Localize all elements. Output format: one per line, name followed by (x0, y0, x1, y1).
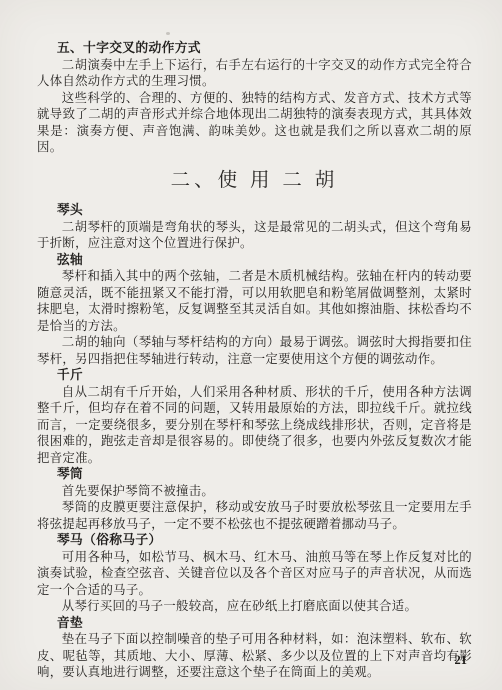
scan-speck (166, 32, 170, 35)
subsection-heading-qianjin: 千斤 (37, 367, 472, 384)
subsection-heading-qintong: 琴筒 (37, 466, 472, 483)
paragraph: 琴筒的皮膜更要注意保护，移动或安放马子时要放松琴弦且一定要用左手将弦提起再移放马… (37, 499, 472, 532)
subsection-heading-qinma: 琴马（俗称马子） (37, 532, 472, 549)
paragraph: 垫在马子下面以控制噪音的垫子可用各种材料，如：泡沫塑料、软布、软皮、呢毡等，其质… (37, 631, 472, 681)
page-content: 五、十字交叉的动作方式 二胡演奏中左手上下运行，右手左右运行的十字交叉的动作方式… (37, 40, 472, 681)
paragraph: 这些科学的、合理的、方便的、独特的结构方式、发音方式、技术方式等就导致了二胡的声… (37, 90, 472, 156)
subsection-heading-yindian: 音垫 (37, 615, 472, 632)
section-heading-cross-motion: 五、十字交叉的动作方式 (37, 40, 472, 57)
paragraph: 可用各种马，如松节马、枫木马、红木马、油煎马等在琴上作反复对比的演奏试验，检查空… (37, 549, 472, 599)
subsection-heading-xianzhou: 弦轴 (37, 252, 472, 269)
book-page: 五、十字交叉的动作方式 二胡演奏中左手上下运行，右手左右运行的十字交叉的动作方式… (0, 0, 502, 690)
chapter-title: 二、使 用 二 胡 (37, 173, 472, 190)
paragraph: 二胡演奏中左手上下运行，右手左右运行的十字交叉的动作方式完全符合人体自然动作方式… (37, 57, 472, 90)
paragraph: 二胡的轴向（琴轴与琴杆结构的方向）最易于调弦。调弦时大拇指要扣住琴杆，另四指把住… (37, 334, 472, 367)
paragraph: 自从二胡有千斤开始，人们采用各种材质、形状的千斤，使用各种方法调整千斤，但均存在… (37, 384, 472, 467)
paragraph: 二胡琴杆的顶端是弯角状的琴头，这是最常见的二胡头式，但这个弯角易于折断，应注意对… (37, 219, 472, 252)
subsection-heading-qintou: 琴头 (37, 202, 472, 219)
paragraph: 琴杆和插入其中的两个弦轴，二者是木质机械结构。弦轴在杆内的转动要随意灵活，既不能… (37, 268, 472, 334)
page-number: 21 (455, 653, 468, 668)
paragraph: 首先要保护琴筒不被撞击。 (37, 483, 472, 500)
paragraph: 从琴行买回的马子一般较高，应在砂纸上打磨底面以使其合适。 (37, 598, 472, 615)
